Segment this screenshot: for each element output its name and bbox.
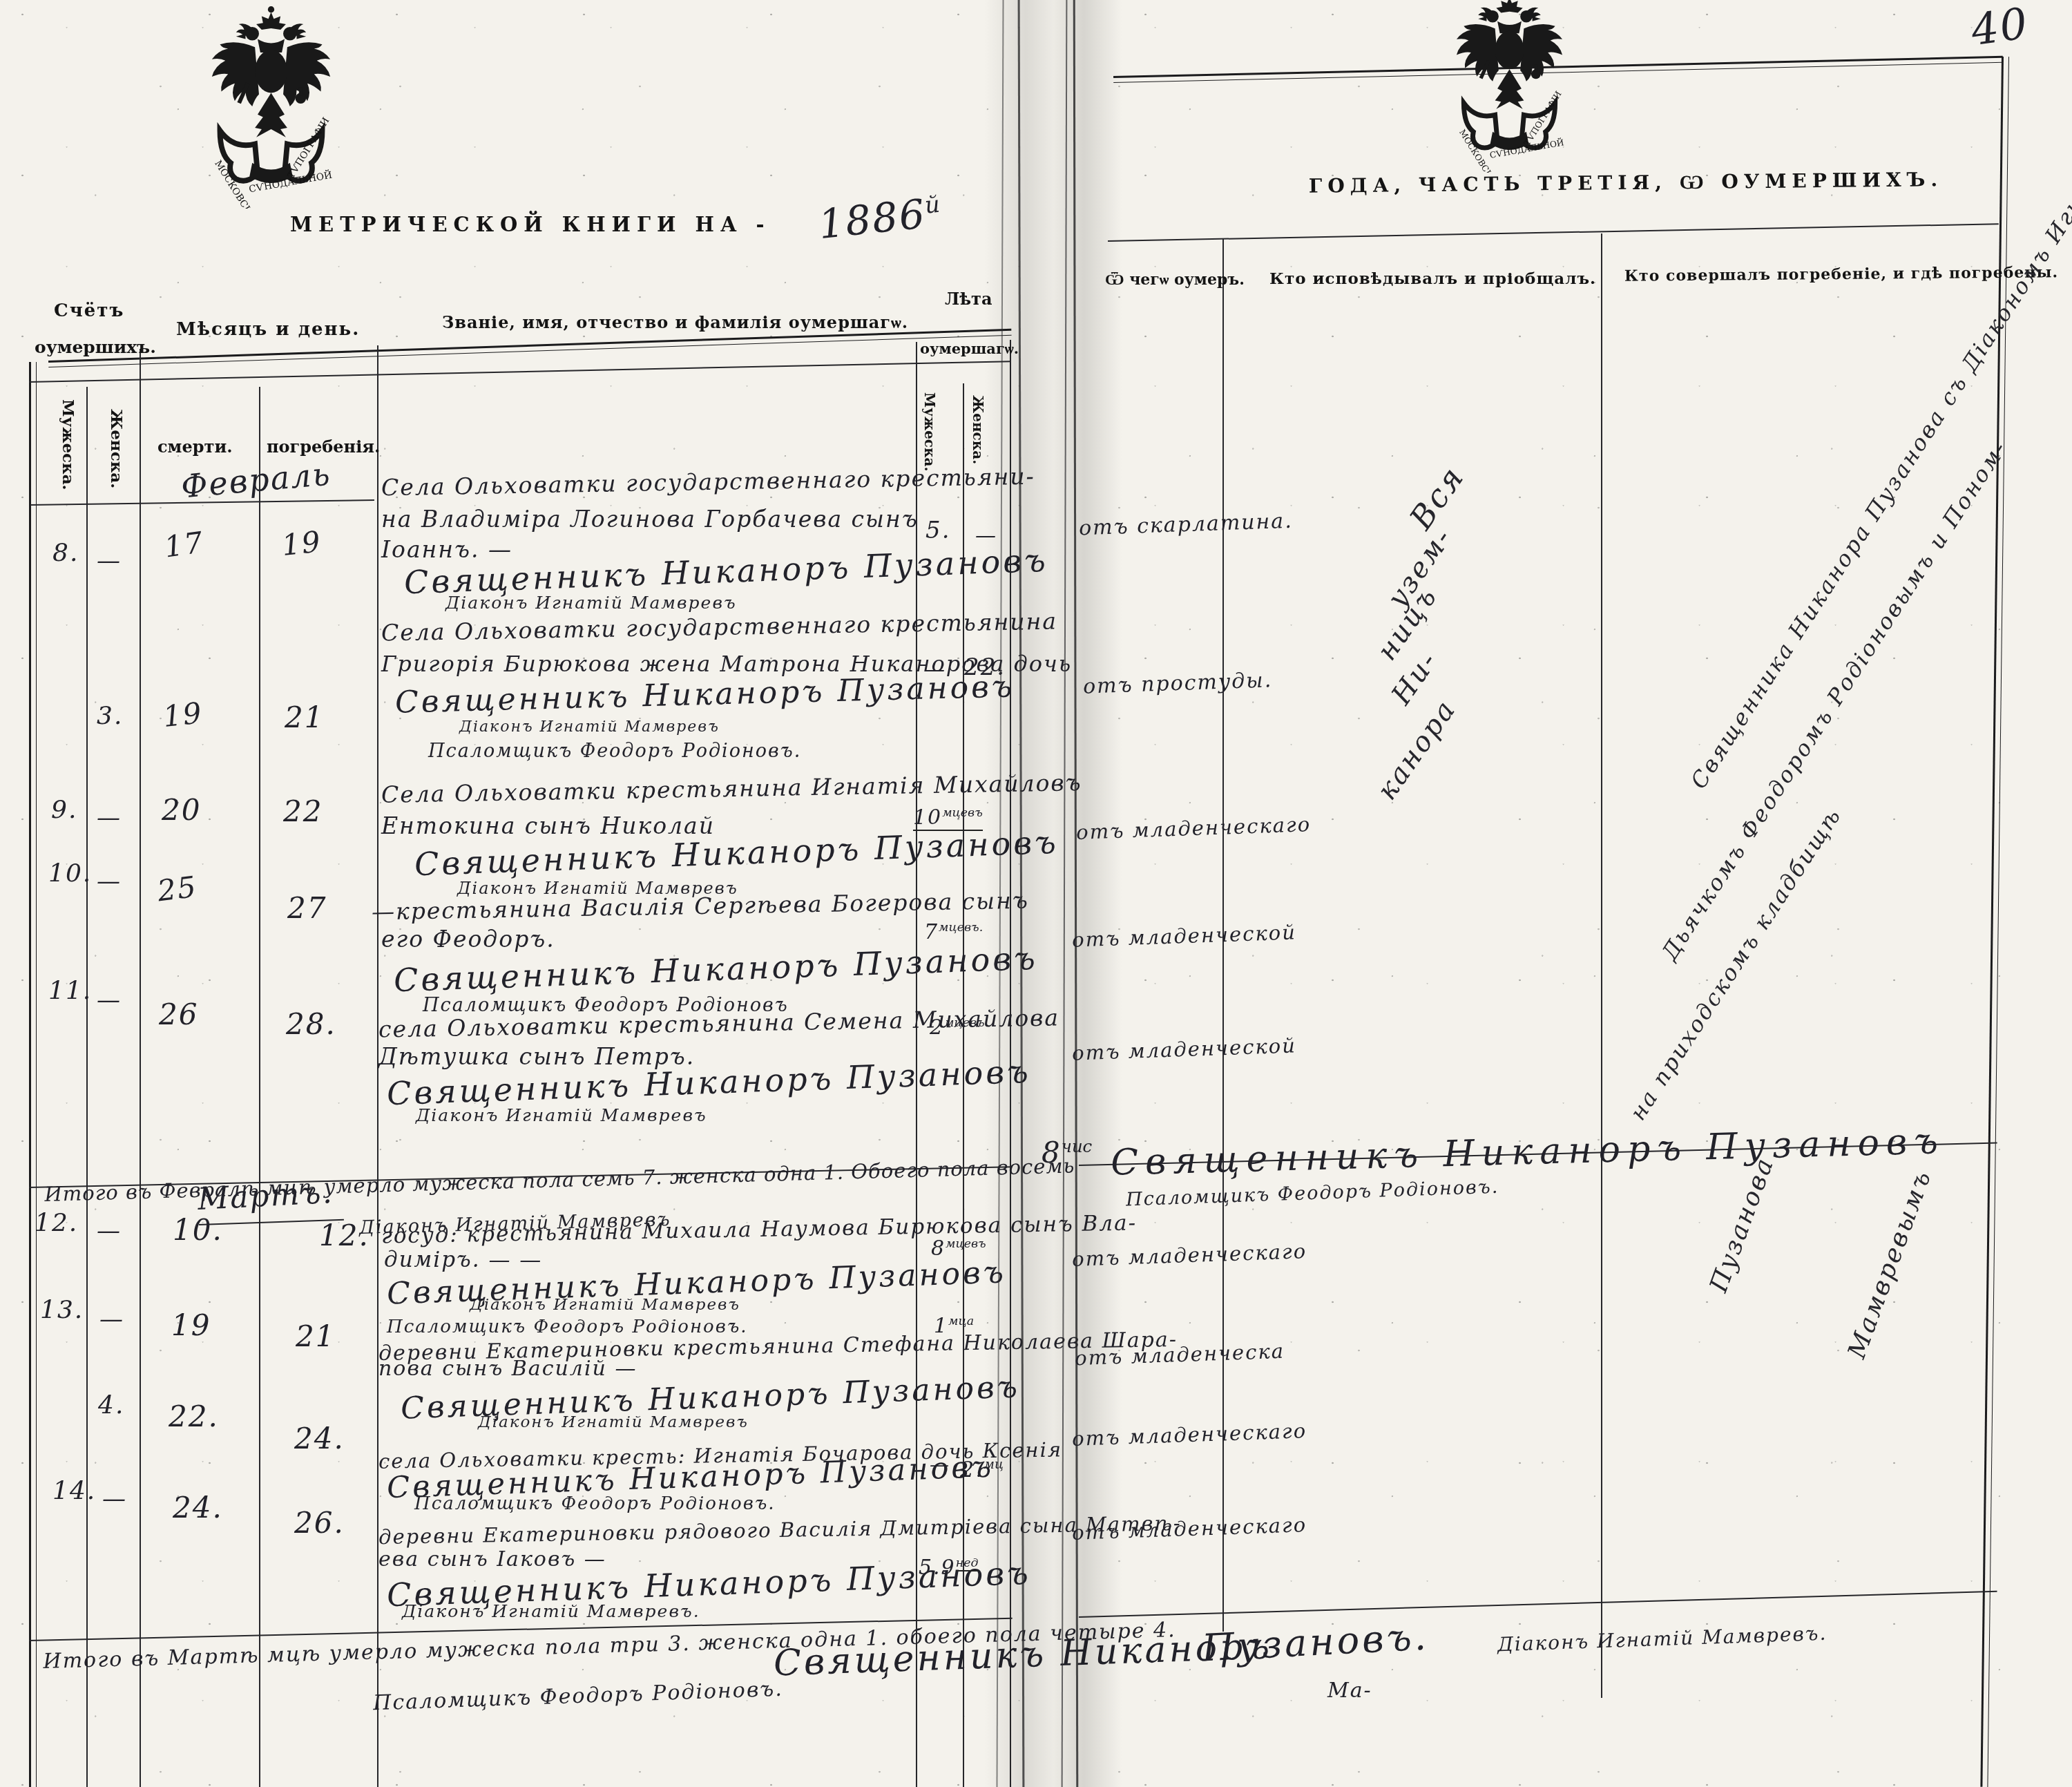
rowf4-death-date: 22.: [169, 1399, 219, 1433]
burial-scrawl-1: Священника Никанора Пузанова съ Діаконом…: [1685, 107, 2072, 794]
right-page-title: ГОДА, ЧАСТЬ ТРЕТІЯ, Ѡ ОУМЕРШИХЪ.: [1309, 168, 1943, 198]
row8-deacon-line: Діаконъ Игнатій Мамвревъ: [445, 593, 737, 613]
row8-entry-line1: Села Ольховатки государственнаго крестья…: [381, 463, 1035, 501]
row12-death-date: 10.: [173, 1213, 223, 1247]
subheader-burial: погребенія.: [267, 437, 380, 457]
rowf3-female-count: 3.: [97, 702, 123, 730]
right-header-cause: Ѿ чегѡ оумеръ.: [1105, 271, 1245, 289]
confessor-scrawl-5: канора: [1371, 694, 1463, 805]
row13-deacon-line: Діаконъ Игнатій Мамвревъ: [478, 1413, 749, 1431]
rowf4-psalmist-line: Псаломщикъ Феодоръ Родіоновъ.: [414, 1493, 775, 1514]
row11-death-date: 26: [159, 997, 198, 1031]
catchword: Ма-: [1327, 1679, 1372, 1703]
row10-death-date: 25: [155, 870, 199, 908]
row14-age-male: 5.9нед: [919, 1556, 979, 1580]
left-page-title: МЕТРИЧЕСКОЙ КНИГИ НА -: [290, 213, 771, 236]
row8-death-date: 17: [162, 525, 207, 564]
row12-burial-date: 12.: [319, 1219, 370, 1252]
row10-entry-line2: его Феодоръ.: [381, 926, 555, 953]
mar-summary-priest-right: Пузановъ.: [1201, 1614, 1430, 1670]
row13-female-count: —: [99, 1306, 124, 1333]
row12-entry-line2: диміръ. — —: [384, 1248, 542, 1272]
row11-age-male: 2мцевъ: [930, 1015, 985, 1040]
row8-entry-line3: Іоаннъ. —: [381, 536, 512, 563]
row13-death-date: 19: [171, 1308, 211, 1342]
row14-burial-date: 26.: [294, 1506, 345, 1540]
col-line-death-burial: [259, 387, 260, 1787]
row9-death-date: 20: [162, 793, 201, 827]
month-label-march: Мартъ.: [197, 1175, 334, 1217]
row14-female-count: —: [102, 1485, 127, 1513]
subheader-age-male: Мужеска.: [921, 392, 938, 471]
row9-male-count: 9.: [51, 796, 77, 824]
header-count-line2: оумершихъ.: [35, 337, 156, 357]
row9-female-count: —: [97, 804, 122, 832]
mar-summary-deacon-right: Діаконъ Игнатій Мамвревъ.: [1497, 1622, 1828, 1656]
row11-burial-date: 28.: [286, 1007, 336, 1041]
row12-age-male: 8мцевъ: [931, 1236, 986, 1261]
header-split-line: [29, 361, 1011, 383]
imperial-eagle-stamp-right: МОСКОВСКОЙ СѴНОДАЛЬНОЙ ТѴПОГРАФІИ: [1449, 0, 1570, 173]
rowf4-female-count: 4.: [98, 1391, 124, 1420]
row8-entry-line2: на Владиміра Логинова Горбачева сынъ: [381, 506, 919, 533]
row8-male-count: 8.: [52, 539, 79, 567]
row8-age-male: 5.: [925, 517, 950, 544]
burial-scrawl-5: Мамвревымъ: [1843, 1166, 1937, 1362]
mar-summary-top-line-right: [1079, 1591, 1997, 1618]
row10-male-count: 10.: [48, 859, 92, 888]
row9-entry-line2: Ентокина сынъ Николай: [381, 812, 715, 839]
row12-male-count: 12.: [35, 1209, 78, 1237]
row13-male-count: 13.: [40, 1296, 84, 1324]
header-month-day: Мѣсяцъ и день.: [176, 319, 360, 340]
row13-age-male: 1мца: [934, 1314, 974, 1338]
row9-entry-line1: Села Ольховатки крестьянина Игнатія Миха…: [381, 769, 1082, 808]
row9-age-male: 10мцевъ: [913, 805, 983, 831]
row14-death-date: 24.: [173, 1491, 223, 1525]
feb-summary-priest-right: Священникъ Никаноръ Пузановъ: [1110, 1120, 1945, 1184]
col-line-count-month: [140, 349, 141, 1787]
rowf3-age-male: —: [924, 658, 946, 682]
page-number: 40: [1968, 0, 2031, 55]
row12-psalmist-line: Псаломщикъ Феодоръ Родіоновъ.: [387, 1317, 747, 1337]
right-col-line-2: [1601, 233, 1602, 1698]
mar-summary-psalmist: Псаломщикъ Феодоръ Родіоновъ.: [373, 1677, 784, 1716]
row11-male-count: 11.: [48, 977, 92, 1005]
row9-burial-date: 22: [283, 794, 323, 828]
subheader-male: Мужеска.: [59, 399, 77, 490]
row13-entry-line2: пова сынъ Василій —: [378, 1357, 637, 1381]
right-header-confess: Кто исповѣдывалъ и пріобщалъ.: [1269, 269, 1596, 288]
col-line-mf: [86, 387, 88, 1787]
binding-fold-shadow: [984, 0, 1122, 1787]
row14-deacon-line: Діаконъ Игнатій Мамвревъ.: [402, 1601, 700, 1621]
subheader-death: смерти.: [157, 437, 233, 457]
header-count-line1: Счётъ: [54, 300, 124, 321]
burial-scrawl-4: Пузанова: [1705, 1153, 1780, 1296]
rowf3-burial-date: 21: [285, 700, 324, 734]
imperial-eagle-stamp: МОСКОВСКОЙ СѴНОДАЛЬНОЙ ТѴПОГРАФІИ: [204, 1, 338, 209]
right-header-top-line: [1108, 223, 1999, 242]
rowf3-entry-line1: Села Ольховатки государственнаго крестья…: [381, 607, 1058, 646]
row14-entry-line2: ева сынъ Іаковъ —: [378, 1547, 606, 1571]
row8-burial-date: 19: [280, 524, 323, 562]
row11-female-count: —: [97, 986, 122, 1014]
left-page-year: 1886й: [816, 189, 943, 248]
metrical-book-scan: МОСКОВСКОЙ СѴНОДАЛЬНОЙ ТѴПОГРАФІИ МЕТРИЧ…: [0, 0, 2072, 1787]
rowf3-death-date: 19: [162, 696, 204, 734]
burial-scrawl-2: Дьячкомъ Феодоромъ Родіоновымъ и Поном-: [1656, 435, 2013, 965]
row13-burial-date: 21: [296, 1319, 335, 1353]
right-header-burial: Кто совершалъ погребеніе, и гдѣ погребен…: [1624, 263, 2058, 285]
rowf3-deacon-line: Діаконъ Игнатій Мамвревъ: [459, 718, 720, 736]
left-page-left-border: [29, 362, 37, 1787]
rowf4-burial-date: 24.: [294, 1422, 345, 1455]
row14-male-count: 14.: [52, 1477, 96, 1505]
row10-burial-date: 27: [287, 891, 327, 925]
rowf4-age-male: —: [930, 1453, 950, 1476]
row12-female-count: —: [97, 1217, 122, 1245]
subheader-female: Женска.: [107, 409, 126, 488]
row12-deacon-line: Діаконъ Игнатій Мамвревъ: [470, 1296, 740, 1314]
month-label-february: Февраль: [180, 455, 332, 506]
row10-age-male: 7мцевъ.: [924, 920, 983, 944]
row10-female-count: —: [97, 868, 122, 895]
rowf3-psalmist-line: Псаломщикъ Феодоръ Родіоновъ.: [428, 740, 801, 762]
row11-deacon-line: Діаконъ Игнатій Мамвревъ: [416, 1105, 707, 1125]
row8-female-count: —: [97, 547, 122, 575]
header-name: Званіе, имя, отчество и фамилія оумершаг…: [442, 312, 908, 333]
